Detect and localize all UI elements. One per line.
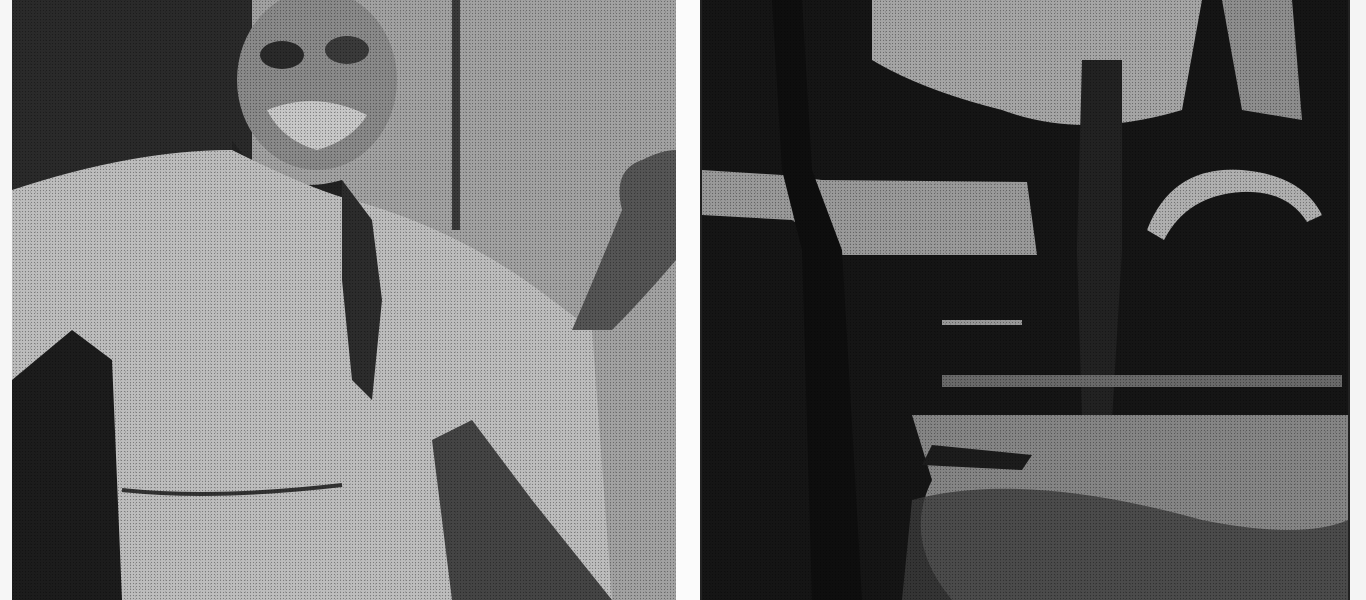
left-margin xyxy=(0,0,12,600)
panel-divider xyxy=(676,0,700,600)
landscape-photo xyxy=(700,0,1350,600)
right-margin xyxy=(1350,0,1366,600)
portrait-photo xyxy=(12,0,676,600)
halftone-grain xyxy=(12,0,676,600)
halftone-grain xyxy=(702,0,1348,600)
